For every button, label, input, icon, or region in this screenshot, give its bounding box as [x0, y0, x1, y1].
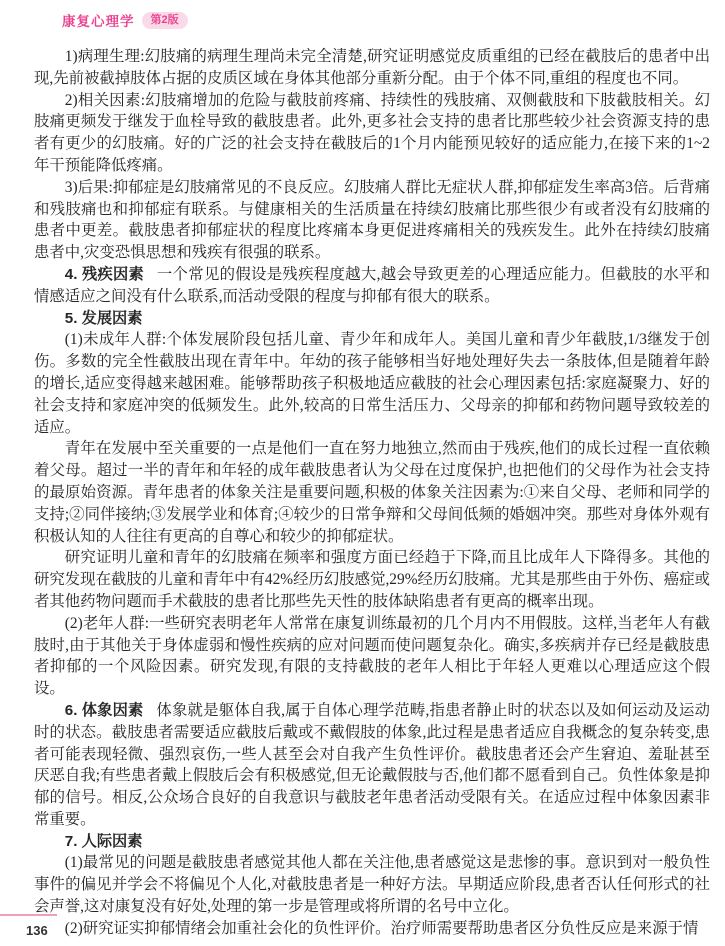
paragraph-text: (1)最常见的问题是截肢患者感觉其他人都在关注他,患者感觉这是悲惨的事。意识到对…: [34, 854, 710, 915]
footer-rule: [0, 914, 57, 916]
paragraph-text: (1)未成年人群:个体发展阶段包括儿童、青少年和成年人。美国儿童和青少年截肢,1…: [34, 331, 710, 435]
paragraph-text: 2)相关因素:幻肢痛增加的危险与截肢前疼痛、持续性的残肢痛、双侧截肢和下肢截肢相…: [34, 92, 710, 174]
body-paragraph: 2)相关因素:幻肢痛增加的危险与截肢前疼痛、持续性的残肢痛、双侧截肢和下肢截肢相…: [34, 90, 710, 177]
section-heading: 5. 发展因素: [65, 310, 143, 327]
paragraph-text: 3)后果:抑郁症是幻肢痛常见的不良反应。幻肢痛人群比无症状人群,抑郁症发生率高3…: [34, 179, 710, 261]
page-content: 1)病理生理:幻肢痛的病理生理尚未完全清楚,研究证明感觉皮质重组的已经在截肢后的…: [34, 46, 710, 940]
body-paragraph: 青年在发展中至关重要的一点是他们一直在努力地独立,然而由于残疾,他们的成长过程一…: [34, 438, 710, 547]
body-paragraph: 研究证明儿童和青年的幻肢痛在频率和强度方面已经趋于下降,而且比成年人下降得多。其…: [34, 547, 710, 612]
page-number: 136: [26, 923, 48, 938]
section-heading: 6. 体象因素: [65, 702, 144, 719]
edition-badge: 第2版: [142, 12, 188, 29]
body-paragraph: 3)后果:抑郁症是幻肢痛常见的不良反应。幻肢痛人群比无症状人群,抑郁症发生率高3…: [34, 177, 710, 264]
body-paragraph: (1)未成年人群:个体发展阶段包括儿童、青少年和成年人。美国儿童和青少年截肢,1…: [34, 329, 710, 438]
section-heading: 7. 人际因素: [65, 833, 143, 850]
body-paragraph: 4. 残疾因素一个常见的假设是残疾程度越大,越会导致更差的心理适应能力。但截肢的…: [34, 264, 710, 308]
body-paragraph: 1)病理生理:幻肢痛的病理生理尚未完全清楚,研究证明感觉皮质重组的已经在截肢后的…: [34, 46, 710, 90]
section-heading: 4. 残疾因素: [65, 266, 144, 283]
body-paragraph: 7. 人际因素: [34, 831, 710, 853]
textbook-page: 康复心理学 第2版 1)病理生理:幻肢痛的病理生理尚未完全清楚,研究证明感觉皮质…: [0, 0, 725, 946]
paragraph-text: 研究证明儿童和青年的幻肢痛在频率和强度方面已经趋于下降,而且比成年人下降得多。其…: [34, 549, 710, 610]
body-paragraph: 5. 发展因素: [34, 308, 710, 330]
book-title: 康复心理学: [62, 10, 135, 30]
paragraph-text: 体象就是躯体自我,属于自体心理学范畴,指患者静止时的状态以及如何运动及运动时的状…: [34, 702, 710, 828]
body-paragraph: (2)老年人群:一些研究表明老年人常常在康复训练最初的几个月内不用假肢。这样,当…: [34, 613, 710, 700]
paragraph-text: 青年在发展中至关重要的一点是他们一直在努力地独立,然而由于残疾,他们的成长过程一…: [34, 440, 710, 544]
body-paragraph: (1)最常见的问题是截肢患者感觉其他人都在关注他,患者感觉这是悲惨的事。意识到对…: [34, 852, 710, 917]
paragraph-text: 1)病理生理:幻肢痛的病理生理尚未完全清楚,研究证明感觉皮质重组的已经在截肢后的…: [34, 48, 710, 87]
body-paragraph: (2)研究证实抑郁情绪会加重社会化的负性评价。治疗师需要帮助患者区分负性反应是来…: [34, 918, 710, 940]
paragraph-text: (2)研究证实抑郁情绪会加重社会化的负性评价。治疗师需要帮助患者区分负性反应是来…: [65, 920, 699, 937]
running-head: 康复心理学 第2版: [62, 10, 188, 30]
paragraph-text: (2)老年人群:一些研究表明老年人常常在康复训练最初的几个月内不用假肢。这样,当…: [34, 615, 710, 697]
body-paragraph: 6. 体象因素体象就是躯体自我,属于自体心理学范畴,指患者静止时的状态以及如何运…: [34, 700, 710, 831]
